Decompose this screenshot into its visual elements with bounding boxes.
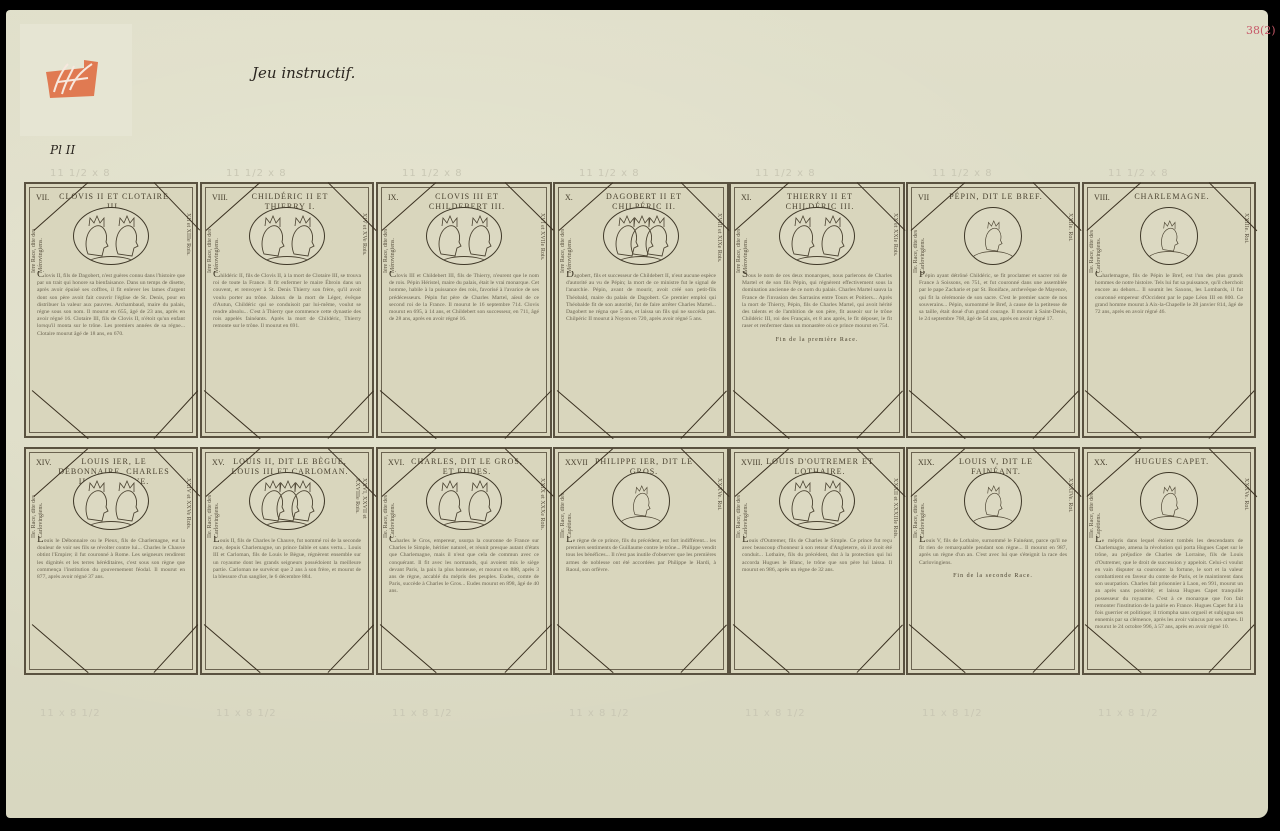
king-card: XVI. Charles, dit le Gros, et Eudes. IIe… [376,447,552,675]
drop-cap: L [37,536,44,545]
pencil-dimension-note: 11 x 8 1/2 [1098,708,1159,719]
card-body-text: lovis II, fils de Dagobert, n'est guères… [37,273,185,337]
king-card: XVIII. Louis d'Outremer et Lothaire. IIe… [729,447,905,675]
portrait-medallion-icon [426,472,502,530]
card-body-text: ouis V, fils de Lothaire, surnommé le Fa… [919,538,1067,566]
card-number: XVI. [388,458,404,467]
pencil-dimension-note: 11 1/2 x 8 [579,168,640,179]
card-body-text: agobert, fils et successeur de Childeber… [566,273,716,322]
card-text: Clovis II, fils de Dagobert, n'est guère… [37,271,185,425]
portrait-medallion-icon [964,472,1022,530]
reign-ordinal: XIV et XVe Rois. [355,213,367,273]
king-card: XV. Louis II, dit le Bègue, Louis III et… [200,447,374,675]
card-body-text: ous le nom de ces deux monarques, nous p… [742,273,892,329]
king-card: XX. Hugues Capet. IIIe. Race, dite des C… [1082,447,1256,675]
portrait-medallion-icon [603,207,679,265]
portrait-medallion-icon [964,207,1022,265]
card-body-text: hildéric II, fils de Clovis II, à la mor… [213,273,361,329]
drop-cap: D [566,271,574,280]
card-title: Pépin, dit le Bref. [937,192,1055,202]
portrait-medallion-icon [249,207,325,265]
portrait-medallion-icon [426,207,502,265]
card-text: Charles le Gros, empereur, usurpa la cou… [389,536,539,662]
card-text: Childéric II, fils de Clovis II, à la mo… [213,271,361,425]
portrait-medallion-icon [612,472,670,530]
handwritten-title: Jeu instructif. [252,64,355,82]
card-title: Charlemagne. [1113,192,1231,202]
card-number: VIII. [1094,193,1110,202]
card-grid: VII. Clovis II et Clotaire III. Ière Rac… [24,182,1258,672]
card-text: Dagobert, fils et successeur de Childebe… [566,271,716,425]
card-text: Charlemagne, fils de Pépin le Bref, est … [1095,271,1243,425]
pencil-dimension-note: 11 1/2 x 8 [402,168,463,179]
card-body-text: e règne de ce prince, fils du précédent,… [566,538,716,573]
card-text: Le règne de ce prince, fils du précédent… [566,536,716,662]
end-of-race-label: Fin de la première Race. [742,337,892,344]
card-text: Louis d'Outremer, fils de Charles le Sim… [742,536,892,662]
pencil-dimension-note: 11 1/2 x 8 [50,168,111,179]
card-text: Louis V, fils de Lothaire, surnommé le F… [919,536,1067,662]
card-text: Louis le Débonnaire ou le Pieux, fils de… [37,536,185,662]
pencil-dimension-note: 11 x 8 1/2 [216,708,277,719]
card-number: XI. [741,193,751,202]
end-of-race-label: Fin de la seconde Race. [919,573,1067,580]
pencil-dimension-note: 11 x 8 1/2 [40,708,101,719]
card-number: XIV. [36,458,51,467]
card-text: Le mépris dans lequel étoient tombés les… [1095,536,1243,662]
card-body-text: lovis III et Childebert III, fils de Thi… [389,273,539,322]
pencil-dimension-note: 11 1/2 x 8 [1108,168,1169,179]
reign-ordinal: XII et XIIIe Rois. [179,213,191,273]
pencil-dimension-note: 11 1/2 x 8 [226,168,287,179]
card-text: Pépin ayant détrôné Childéric, se fit pr… [919,271,1067,425]
king-card: XI. Thierry II et Childéric III. Ière Ra… [729,182,905,438]
king-card: VIII. Childéric II et Thierry I. Ière Ra… [200,182,374,438]
card-body-text: harles le Gros, empereur, usurpa la cour… [389,538,539,594]
king-card: VII Pépin, dit le Bref. IIe. Race, dite … [906,182,1080,438]
king-card: XIX. Louis V, dit le Fainéant. IIe. Race… [906,447,1080,675]
king-card: XXVII Philippe Ier, dit le Gros. IIIe. R… [553,447,729,675]
king-card: VII. Clovis II et Clotaire III. Ière Rac… [24,182,198,438]
card-number: XX. [1094,458,1108,467]
card-body-text: ouis le Débonnaire ou le Pieux, fils de … [37,538,185,580]
pencil-dimension-note: 11 x 8 1/2 [745,708,806,719]
card-number: VII [918,193,929,202]
portrait-medallion-icon [73,472,149,530]
card-number: X. [565,193,573,202]
king-card: VIII. Charlemagne. IIe. Race, dite des C… [1082,182,1256,438]
pencil-dimension-note: 11 1/2 x 8 [932,168,993,179]
drop-cap: L [919,536,926,545]
card-number: XV. [212,458,225,467]
drop-cap: L [566,536,573,545]
king-card: IX. Clovis III et Childebert III. Ière R… [376,182,552,438]
portrait-medallion-icon [73,207,149,265]
portrait-medallion-icon [779,472,855,530]
portrait-medallion-icon [249,472,325,530]
card-number: VIII. [212,193,228,202]
card-text: Clovis III et Childebert III, fils de Th… [389,271,539,425]
card-body-text: e mépris dans lequel étoient tombés les … [1095,538,1243,630]
pencil-dimension-note: 11 x 8 1/2 [392,708,453,719]
card-text: Sous le nom de ces deux monarques, nous … [742,271,892,425]
card-text: Louis II, fils de Charles le Chauve, fut… [213,536,361,662]
card-body-text: épin ayant détrôné Childéric, se fit pro… [919,273,1067,322]
card-number: VII. [36,193,49,202]
pencil-dimension-note: 11 x 8 1/2 [569,708,630,719]
card-number: XIX. [918,458,934,467]
card-number: IX. [388,193,398,202]
plate-label: Pl II [50,143,75,157]
portrait-medallion-icon [779,207,855,265]
drop-cap: L [742,536,749,545]
card-body-text: ouis d'Outremer, fils de Charles le Simp… [742,538,892,573]
drop-cap: L [1095,536,1102,545]
stamp-logo-icon [44,58,100,98]
king-card: X. Dagobert II et Chilpéric II. Ière Rac… [553,182,729,438]
portrait-medallion-icon [1140,472,1198,530]
portrait-medallion-icon [1140,207,1198,265]
drop-cap: L [213,536,220,545]
pencil-dimension-note: 11 1/2 x 8 [755,168,816,179]
catalog-number: 38(2) [1246,24,1276,37]
card-body-text: harlemagne, fils de Pépin le Bref, est l… [1095,273,1243,315]
pencil-dimension-note: 11 x 8 1/2 [922,708,983,719]
card-body-text: ouis II, fils de Charles le Chauve, fut … [213,538,361,580]
